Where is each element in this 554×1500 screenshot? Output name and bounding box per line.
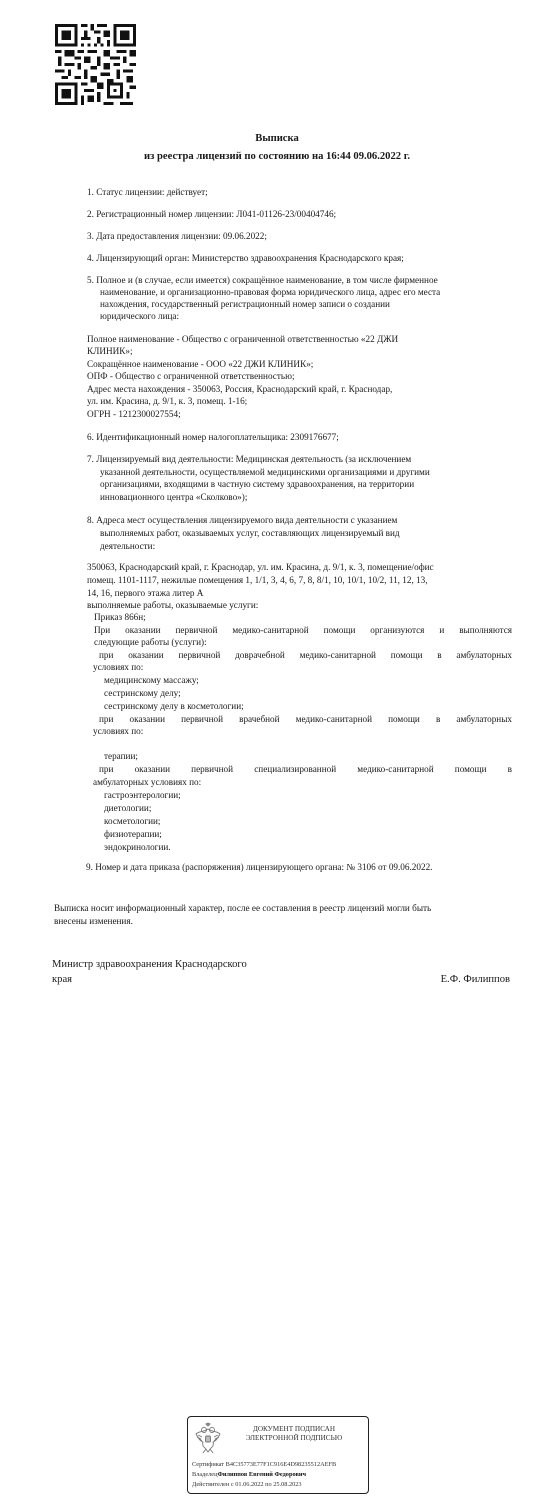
service-item: диетологии;	[104, 802, 151, 814]
signer-position-cont: края	[52, 973, 72, 987]
service-item: сестринскому делу в косметологии;	[104, 700, 244, 712]
item-inn: 6. Идентификационный номер налогоплатель…	[87, 431, 339, 443]
text-line: выполняемых работ, оказываемых услуг, со…	[100, 527, 400, 539]
service-item: гастроэнтерологии;	[104, 789, 181, 801]
text-line: 350063, Краснодарский край, г. Краснодар…	[87, 561, 434, 573]
text-line: юридического лица:	[100, 310, 179, 322]
stamp-validity: Действителен с 01.06.2022 по 25.08.2023	[192, 1481, 302, 1488]
coat-of-arms-icon	[195, 1422, 221, 1456]
text-line: следующие работы (услуги):	[94, 636, 207, 648]
text-line: 14, 16, первого этажа литер А	[87, 587, 203, 599]
short-name: Сокращённое наименование - ООО «22 ДЖИ К…	[87, 358, 313, 370]
order-ref: Приказ 866н;	[94, 611, 146, 623]
legal-address-cont: ул. им. Красина, д. 9/1, к. 3, помещ. 1-…	[87, 395, 247, 407]
text-line: инновационного центра «Сколково»);	[100, 491, 247, 503]
item-order-number: 9. Номер и дата приказа (распоряжения) л…	[86, 861, 432, 873]
item-license-status: 1. Статус лицензии: действует;	[87, 186, 208, 198]
text-line: деятельности:	[100, 540, 155, 552]
text-line: амбулаторных условиях по:	[93, 776, 201, 788]
service-item: физиотерапии;	[104, 828, 162, 840]
legal-form: ОПФ - Общество с ограниченной ответствен…	[87, 370, 295, 382]
service-item: эндокринологии.	[104, 841, 171, 853]
full-name-cont: КЛИНИК»;	[87, 345, 133, 357]
text-line: помещ. 1101-1117, нежилые помещения 1, 1…	[87, 574, 428, 586]
text-line: 5. Полное и (в случае, если имеется) сок…	[87, 274, 438, 286]
text-line: выполняемые работы, оказываемые услуги:	[87, 599, 258, 611]
text-line: Выписка носит информационный характер, п…	[54, 902, 431, 914]
text-line: при оказании первичной доврачебной медик…	[99, 649, 512, 661]
ogrn: ОГРН - 1212300027554;	[87, 408, 181, 420]
item-issue-date: 3. Дата предоставления лицензии: 09.06.2…	[87, 230, 267, 242]
signer-position: Министр здравоохранения Краснодарского	[52, 958, 247, 972]
text-line: наименование, и организационно-правовая …	[100, 286, 440, 298]
text-line: при оказании первичной специализированно…	[99, 763, 512, 775]
document-title: Выписка	[0, 133, 554, 144]
text-line: внесены изменения.	[54, 915, 133, 927]
item-licensing-authority: 4. Лицензирующий орган: Министерство здр…	[87, 252, 404, 264]
text-line: указанной деятельности, осуществляемой м…	[100, 466, 430, 478]
qr-code-icon	[55, 22, 136, 107]
legal-address: Адрес места нахождения - 350063, Россия,…	[87, 383, 392, 395]
text-line: при оказании первичной врачебной медико-…	[99, 713, 512, 725]
cert-label: Сертификат	[192, 1461, 224, 1468]
text-line: При оказании первичной медико-санитарной…	[94, 624, 512, 636]
owner-label: Владелец	[192, 1471, 217, 1478]
stamp-heading: ДОКУМЕНТ ПОДПИСАН ЭЛЕКТРОННОЙ ПОДПИСЬЮ	[230, 1425, 358, 1443]
text-line: 7. Лицензируемый вид деятельности: Медиц…	[87, 453, 411, 465]
signer-name: Е.Ф. Филиппов	[441, 973, 510, 987]
text-line: организациями, входящими в частную систе…	[100, 478, 414, 490]
text-line: 8. Адреса мест осуществления лицензируем…	[87, 514, 397, 526]
document-subtitle: из реестра лицензий по состоянию на 16:4…	[0, 151, 554, 162]
item-registration-number: 2. Регистрационный номер лицензии: Л041-…	[87, 208, 336, 220]
service-item: медицинскому массажу;	[104, 674, 199, 686]
stamp-heading-line: ЭЛЕКТРОННОЙ ПОДПИСЬЮ	[230, 1434, 358, 1443]
stamp-certificate: Сертификат B4C35773E77F1C916E4D98235512A…	[192, 1461, 336, 1468]
e-signature-stamp: ДОКУМЕНТ ПОДПИСАН ЭЛЕКТРОННОЙ ПОДПИСЬЮ С…	[187, 1416, 369, 1494]
text-line: нахождения, государственный регистрацион…	[100, 298, 390, 310]
full-name: Полное наименование - Общество с огранич…	[87, 333, 398, 345]
service-item: сестринскому делу;	[104, 687, 181, 699]
service-item: терапии;	[104, 750, 138, 762]
stamp-heading-line: ДОКУМЕНТ ПОДПИСАН	[230, 1425, 358, 1434]
text-line: условиях по:	[93, 725, 143, 737]
stamp-owner: ВладелецФилиппов Евгений Федорович	[192, 1471, 306, 1478]
owner-value: Филиппов Евгений Федорович	[217, 1471, 306, 1478]
text-line: условиях по:	[93, 661, 143, 673]
cert-value: B4C35773E77F1C916E4D98235512AEFB	[226, 1461, 337, 1468]
service-item: косметологии;	[104, 815, 161, 827]
